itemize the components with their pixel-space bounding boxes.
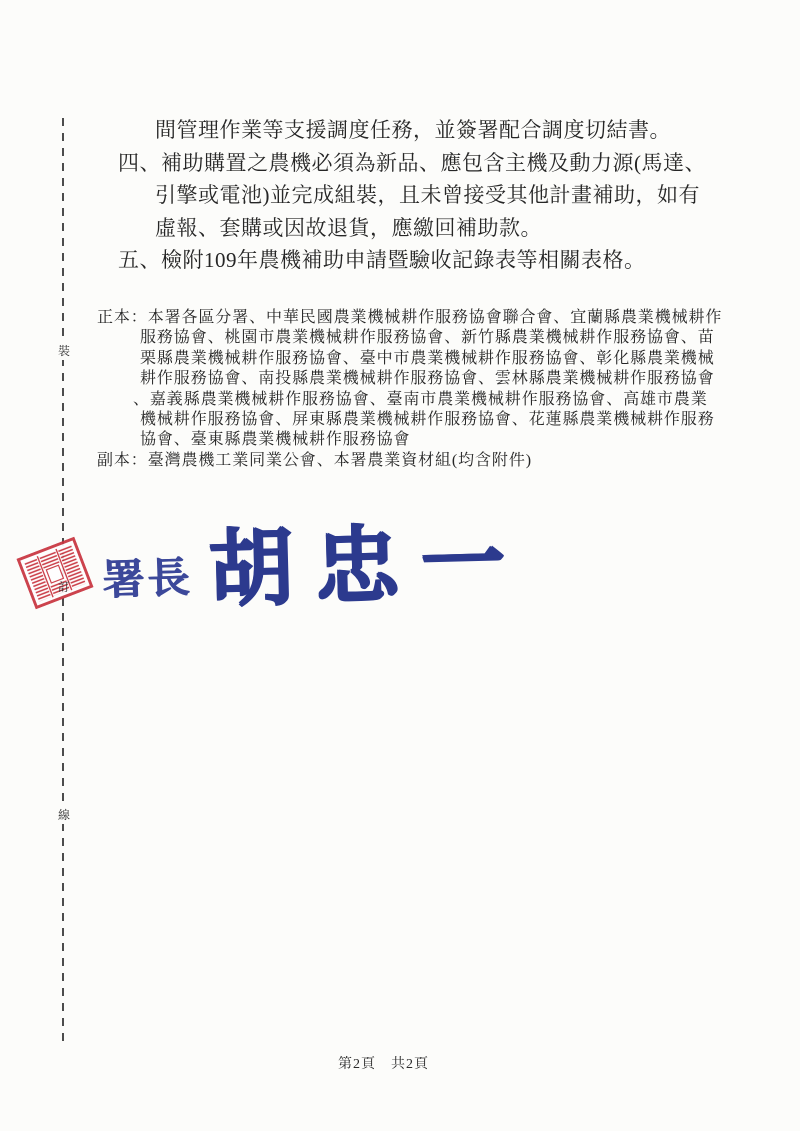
official-seal [16, 537, 93, 610]
body-line: 虛報、套購或因故退貨，應繳回補助款。 [118, 212, 728, 245]
binding-mark-ding: 訂 [55, 578, 73, 596]
recipient-line: 服務協會、桃園市農業機械耕作服務協會、新竹縣農業機械耕作服務協會、苗 [97, 328, 742, 348]
scanned-document-page: 裝 訂 線 間管理作業等支援調度任務，並簽署配合調度切結書。 四、補助購置之農機… [0, 0, 800, 1131]
recipient-line-original: 正本：本署各區分署、中華民國農業機械耕作服務協會聯合會、宜蘭縣農業機械耕作 [97, 308, 742, 328]
recipient-line: 栗縣農業機械耕作服務協會、臺中市農業機械耕作服務協會、彰化縣農業機械 [97, 349, 742, 369]
binding-mark-zhuang: 裝 [55, 342, 73, 360]
body-line-item-4: 四、補助購置之農機必須為新品、應包含主機及動力源(馬達、 [118, 147, 728, 180]
recipient-line: 、嘉義縣農業機械耕作服務協會、臺南市農業機械耕作服務協會、高雄市農業 [97, 390, 742, 410]
page-footer: 第2頁 共2頁 [338, 1053, 429, 1073]
body-line: 引擎或電池)並完成組裝，且未曾接受其他計畫補助，如有 [118, 179, 728, 212]
recipients-block: 正本：本署各區分署、中華民國農業機械耕作服務協會聯合會、宜蘭縣農業機械耕作 服務… [97, 308, 742, 471]
recipient-line: 耕作服務協會、南投縣農業機械耕作服務協會、雲林縣農業機械耕作服務協會 [97, 369, 742, 389]
signer-title: 署長 [101, 544, 193, 607]
recipient-line-copy: 副本：臺灣農機工業同業公會、本署農業資材組(均含附件) [97, 451, 742, 471]
recipient-line: 機械耕作服務協會、屏東縣農業機械耕作服務協會、花蓮縣農業機械耕作服務 [97, 410, 742, 430]
recipient-line: 協會、臺東縣農業機械耕作服務協會 [97, 430, 742, 450]
body-paragraphs: 間管理作業等支援調度任務，並簽署配合調度切結書。 四、補助購置之農機必須為新品、… [118, 114, 728, 277]
binding-mark-xian: 線 [55, 806, 73, 824]
body-line-item-5: 五、檢附109年農機補助申請暨驗收記錄表等相關表格。 [118, 244, 728, 277]
signature-block: 署長 胡忠一 [102, 498, 526, 628]
signature-name: 胡忠一 [206, 494, 527, 623]
body-line: 間管理作業等支援調度任務，並簽署配合調度切結書。 [118, 114, 728, 147]
